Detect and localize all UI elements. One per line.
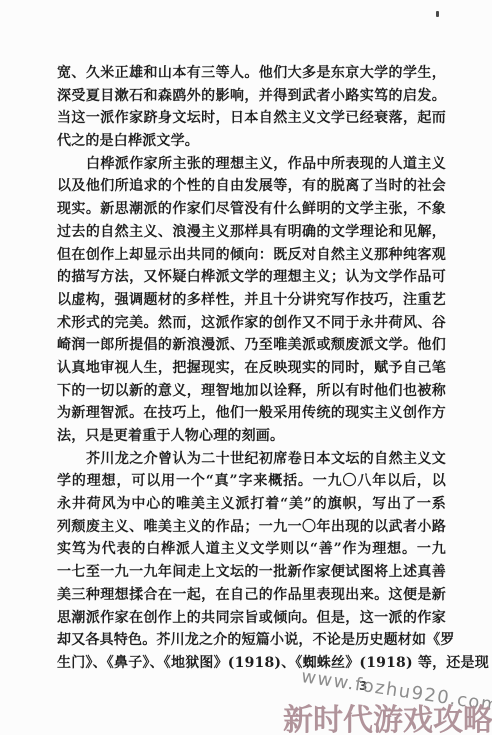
text-line: 白桦派作家所主张的理想主义，作品中所表现的人道主义 — [57, 153, 446, 176]
text-line: 芥川龙之介曾认为二十世纪初席卷日本文坛的自然主义文 — [57, 448, 446, 471]
text-line: 代之的是白桦派文学。 — [57, 130, 446, 153]
text-line: 认真地审视人生，把握现实，在反映现实的同时，赋予自己笔 — [57, 357, 446, 380]
text-line: 但在创作上却显示出共同的倾向：既反对自然主义那种纯客观 — [57, 244, 446, 267]
text-line: 宽、久米正雄和山本有三等人。他们大多是东京大学的学生， — [57, 62, 446, 85]
text-line: 以及他们所追求的个性的自由发展等，有的脱离了当时的社会 — [57, 175, 446, 198]
text-line: 以虚构，强调题材的多样性，并且十分讲究写作技巧，注重艺 — [57, 289, 446, 312]
text-line: 当这一派作家跻身文坛时，日本自然主义文学已经衰落，起而 — [57, 107, 446, 130]
scan-speck-artifact — [436, 11, 439, 17]
text-line: 为新理智派。在技巧上，他们一般采用传统的现实主义创作方 — [57, 402, 446, 425]
body-text-block: 宽、久米正雄和山本有三等人。他们大多是东京大学的学生， 深受夏目漱石和森鸥外的影… — [57, 62, 446, 675]
text-line: 过去的自然主义、浪漫主义那样具有明确的文学理论和见解， — [57, 221, 446, 244]
scanned-book-page: 宽、久米正雄和山本有三等人。他们大多是东京大学的学生， 深受夏目漱石和森鸥外的影… — [0, 0, 492, 735]
text-line: 下的一切以新的意义，理智地加以诠释，所以有时他们也被称 — [57, 380, 446, 403]
text-line: 实笃为代表的白桦派人道主义文学则以“善”作为理想。一九 — [57, 538, 446, 561]
text-line: 学的理想，可以用一个“真”字来概括。一九〇八年以后，以 — [57, 470, 446, 493]
text-line: 的描写方法，又怀疑白桦派文学的理想主义；认为文学作品可 — [57, 266, 446, 289]
text-line: 术形式的完美。然而，这派作家的创作又不同于永井荷风、谷 — [57, 312, 446, 335]
text-line: 法，只是更着重于人物心理的刻画。 — [57, 425, 446, 448]
text-line: 思潮派作家在创作上的共同宗旨或倾向。但是，这一派的作家 — [57, 607, 446, 630]
text-line: 列颓废主义、唯美主义的作品；一九一〇年出现的以武者小路 — [57, 516, 446, 539]
text-line: 美三种理想揉合在一起，在自己的作品里表现出来。这便是新 — [57, 584, 446, 607]
text-line: 深受夏目漱石和森鸥外的影响，并得到武者小路实笃的启发。 — [57, 85, 446, 108]
text-line: 生门》、《鼻子》、《地狱图》(1918)、《蜘蛛丝》(1918) 等，还是现 — [57, 652, 446, 675]
watermark-brand: 新时代游戏攻略 — [283, 695, 492, 735]
text-line: 崎润一郎所提倡的新浪漫派、乃至唯美派或颓废派文学。他们 — [57, 334, 446, 357]
text-line: 现实。新思潮派的作家们尽管没有什么鲜明的文学主张，不象 — [57, 198, 446, 221]
text-line: 一七至一九一九年间走上文坛的一批新作家便试图将上述真善 — [57, 561, 446, 584]
text-line: 永井荷风为中心的唯美主义派打着“美”的旗帜，写出了一系 — [57, 493, 446, 516]
text-line: 却又各具特色。芥川龙之介的短篇小说，不论是历史题材如《罗 — [57, 629, 446, 652]
